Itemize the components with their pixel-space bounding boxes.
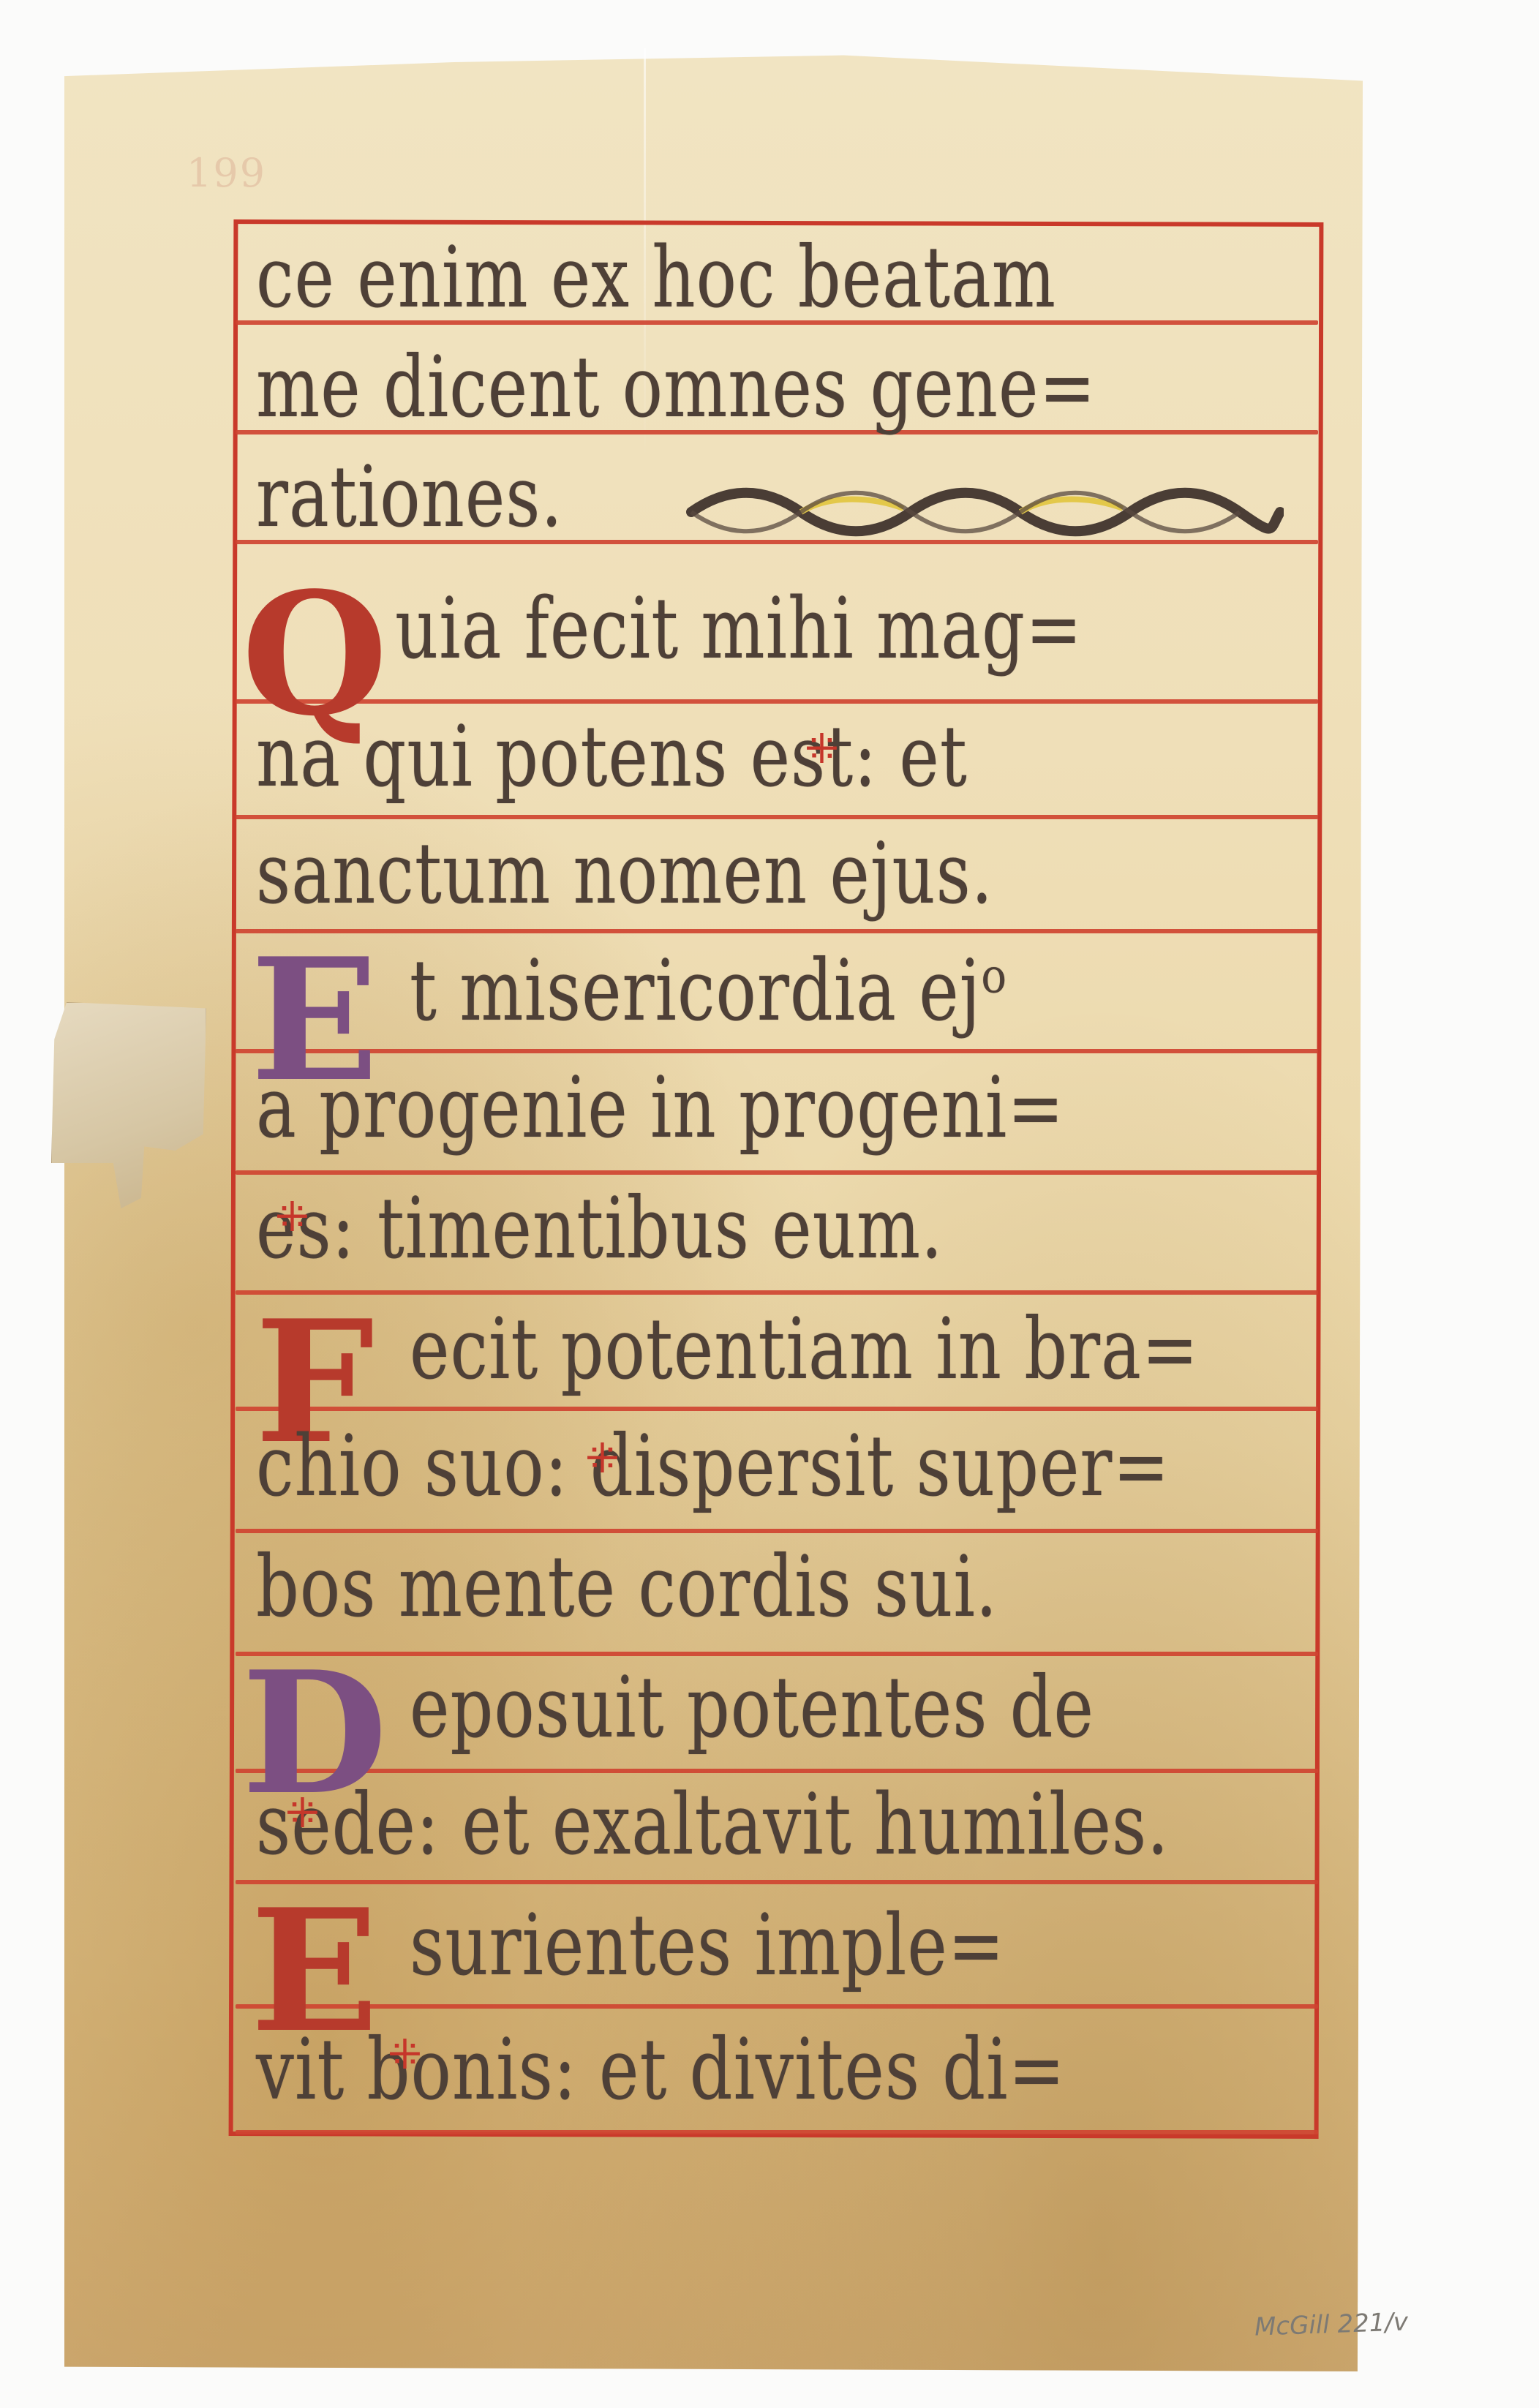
- text-line: surientes imple=: [410, 1882, 1295, 2010]
- red-punctus-mark: ⁜: [585, 1430, 614, 1489]
- folio-number: 199: [187, 150, 266, 196]
- text-line: ecit potentiam in bra=: [410, 1286, 1295, 1414]
- line-filler-ornament: [684, 479, 1284, 545]
- red-punctus-mark: ⁜: [805, 720, 834, 779]
- text-line: sanctum nomen ejus.: [256, 810, 1309, 938]
- text-line: bos mente cordis sui.: [256, 1524, 1309, 1652]
- text-line: me dicent omnes gene=: [256, 324, 1309, 452]
- text-line: es: timentibus eum.: [256, 1165, 1309, 1293]
- text-line: na qui potens est: et: [256, 693, 1309, 821]
- text-line: ce enim ex hoc beatam: [256, 214, 1309, 342]
- text-line: chio suo: dispersit super=: [256, 1403, 1309, 1531]
- text-line: eposuit potentes de: [410, 1644, 1295, 1772]
- text-line: uia fecit mihi mag=: [395, 565, 1280, 693]
- text-line: a progenie in progeni=: [256, 1045, 1309, 1173]
- red-punctus-mark: ⁜: [275, 1189, 304, 1247]
- catalog-mark: McGill 221/v: [1254, 2307, 1408, 2341]
- red-punctus-mark: ⁜: [388, 2026, 417, 2085]
- text-line: sede: et exaltavit humiles.: [256, 1761, 1309, 1889]
- text-line: t misericordia ejᵒ: [410, 928, 1295, 1056]
- red-punctus-mark: ⁜: [285, 1785, 315, 1843]
